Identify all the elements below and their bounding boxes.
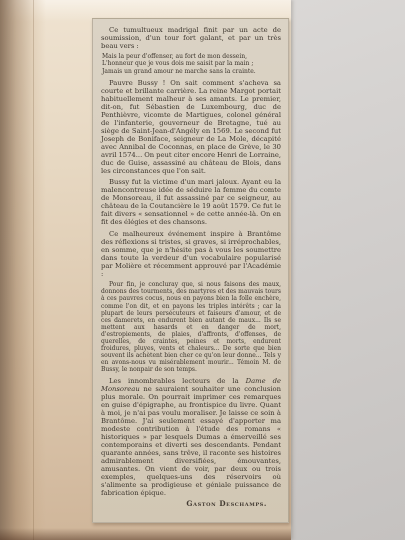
- paragraph-madrigal-intro: Ce tumultueux madrigal finit par un acte…: [101, 26, 281, 50]
- verse-line-2: L'honneur que je vous dois me saisit par…: [102, 60, 281, 67]
- paragraph-bussy-murder: Bussy fut la victime d'un mari jaloux. A…: [101, 178, 281, 226]
- paragraph-conclusion: Les innombrables lecteurs de la Dame de …: [101, 377, 281, 497]
- conclusion-text-end: ne sauraient souhaiter une conclusion pl…: [101, 385, 281, 497]
- page-bottom-shadow: [0, 528, 291, 540]
- paragraph-bussy-career: Pauvre Bussy ! On sait comment s'acheva …: [101, 79, 281, 175]
- author-signature: Gaston Deschamps.: [101, 499, 267, 508]
- verse-block: Mais la peur d'offenser, au fort de mon …: [102, 53, 281, 75]
- conclusion-text-start: Les innombrables lecteurs de la: [109, 377, 246, 385]
- newspaper-clipping: Ce tumultueux madrigal finit par un acte…: [92, 18, 289, 523]
- page-gutter-shadow: [0, 0, 46, 540]
- paragraph-brantome-quote: Pour fin, je concluray que, si nous fais…: [101, 281, 281, 373]
- photo-backdrop: Ce tumultueux madrigal finit par un acte…: [0, 0, 405, 540]
- paragraph-brantome-intro: Ce malheureux événement inspire à Brantô…: [101, 230, 281, 278]
- verse-line-1: Mais la peur d'offenser, au fort de mon …: [102, 53, 281, 60]
- verse-line-3: Jamais un grand amour ne marche sans la …: [102, 68, 281, 75]
